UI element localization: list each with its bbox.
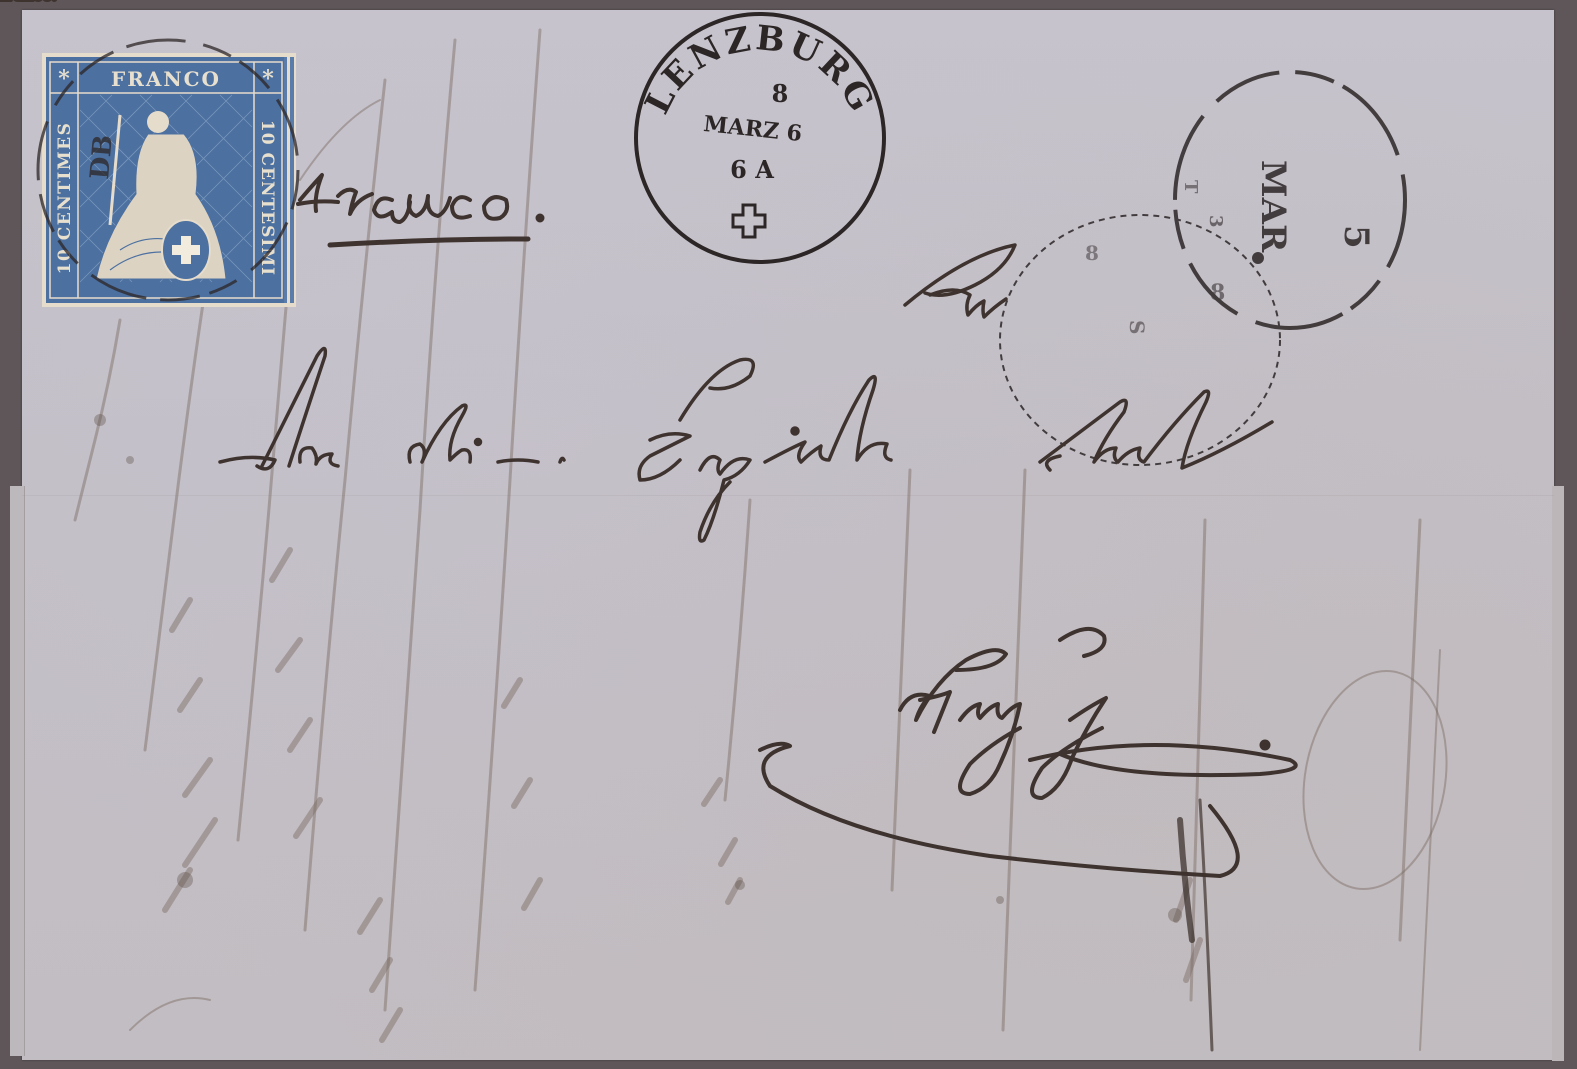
svg-text:franco.: franco. [0, 0, 57, 4]
manuscript-greeting [905, 245, 1015, 317]
manuscript-destination [760, 629, 1296, 1050]
manuscript-franco: franco. [0, 0, 543, 245]
manuscript-layer: franco. [0, 0, 1577, 1069]
manuscript-address-line [220, 349, 1272, 542]
